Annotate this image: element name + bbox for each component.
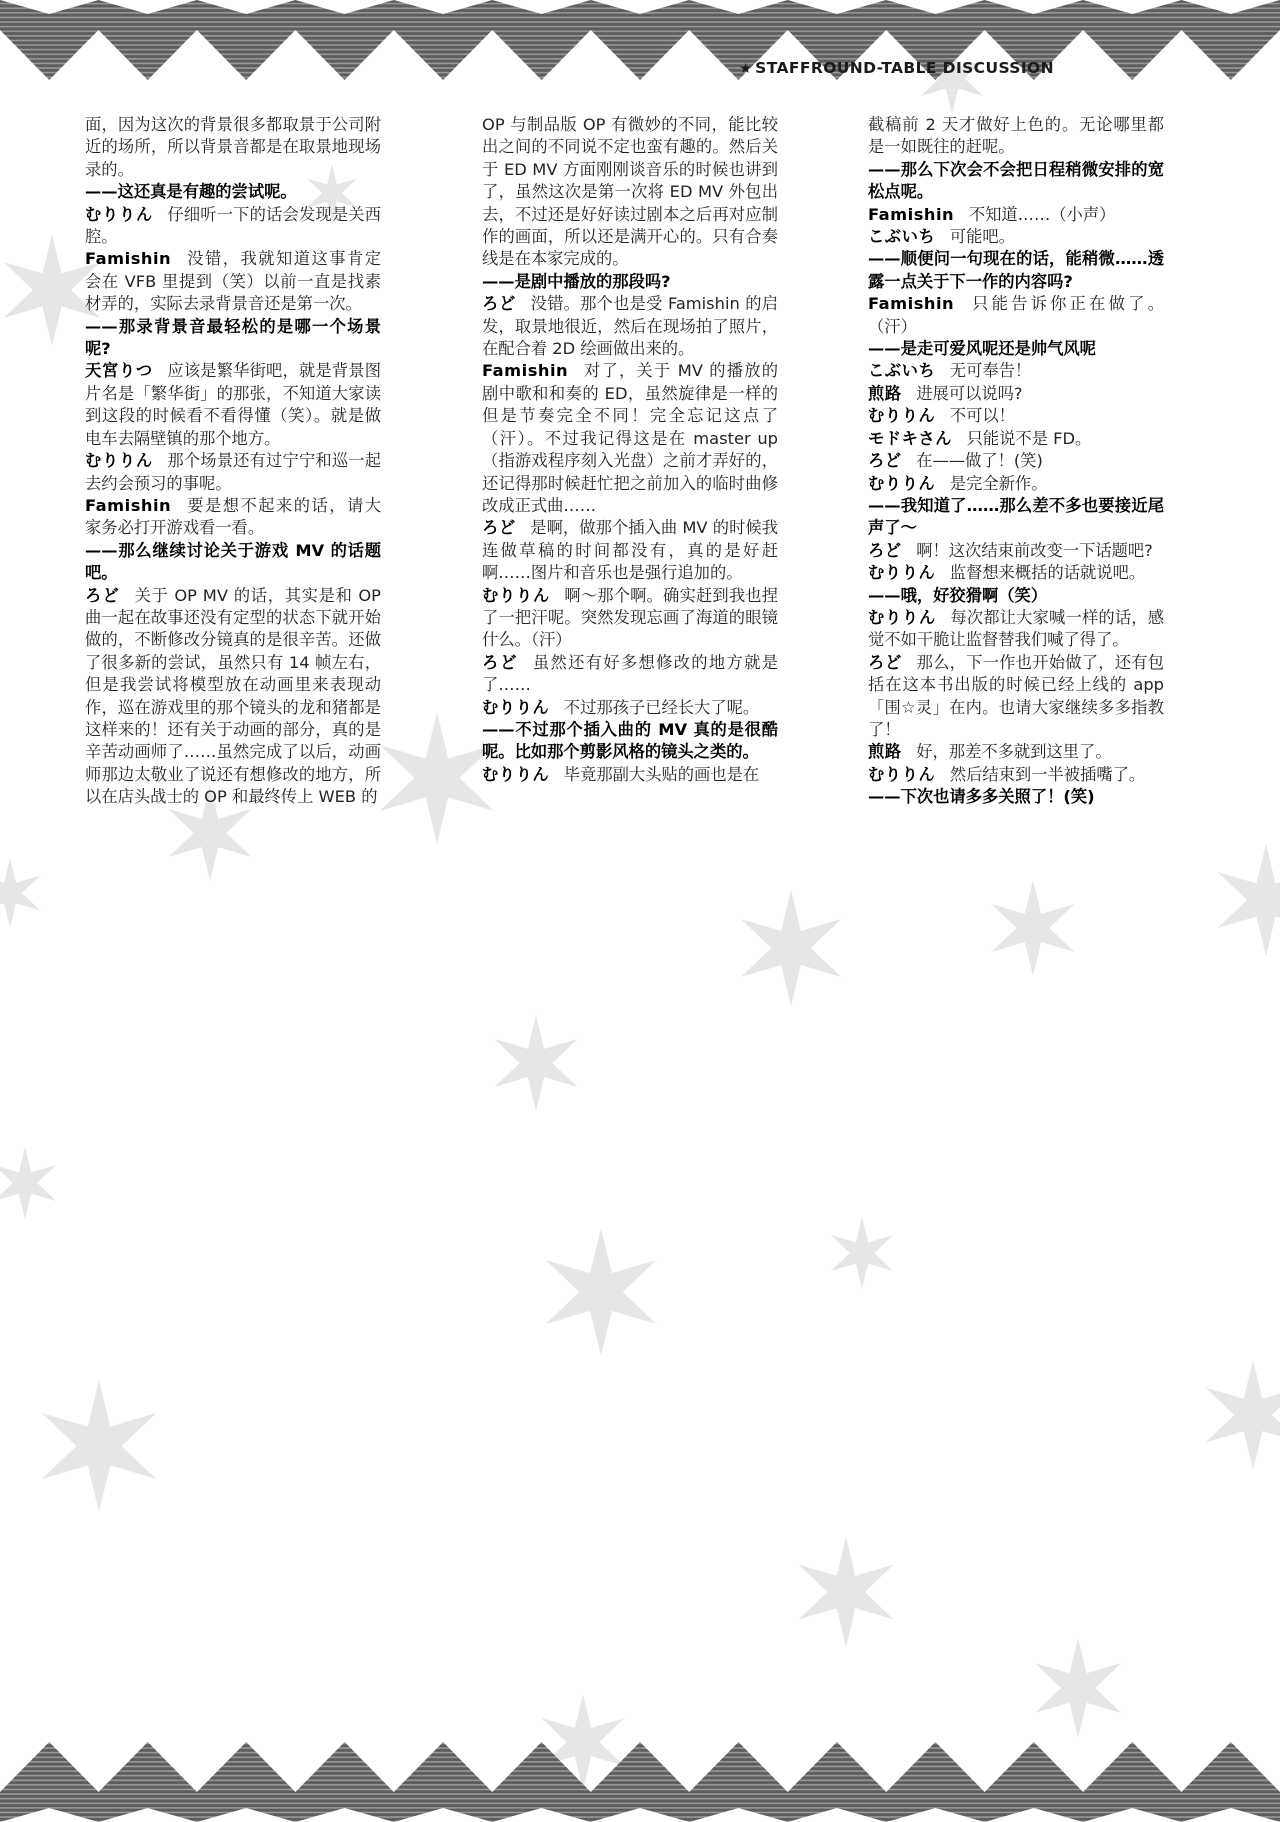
text-column-3: 截稿前 2 天才做好上色的。无论哪里都是一如既往的赶呢。——那么下次会不会把日程… — [868, 114, 1164, 809]
dialogue-paragraph: むりりん不可以！ — [868, 405, 1164, 427]
dialogue-text: 不可以！ — [950, 406, 1015, 425]
dialogue-text: 啊！这次结束前改变一下话题吧? — [916, 541, 1153, 560]
dialogue-text: 不过那孩子已经长大了呢。 — [564, 698, 759, 717]
dialogue-paragraph: ろど没错。那个也是受 Famishin 的启发，取景地很近，然后在现场拍了照片，… — [482, 293, 778, 360]
dialogue-paragraph: こぶいち无可奉告！ — [868, 360, 1164, 382]
speaker-name: ろど — [482, 653, 518, 672]
dialogue-paragraph: Famishin对了，关于 MV 的播放的剧中歌和和奏的 ED，虽然旋律是一样的… — [482, 360, 778, 517]
dialogue-text: 进展可以说吗? — [916, 384, 1022, 403]
speaker-name: Famishin — [868, 205, 954, 224]
speaker-name: むりりん — [868, 474, 935, 493]
dialogue-paragraph: ろど虽然还有好多想修改的地方就是了…… — [482, 652, 778, 697]
dialogue-text: 关于 OP MV 的话，其实是和 OP 曲一起在故事还没有定型的状态下就开始做的… — [85, 586, 381, 807]
moderator-line: ——顺便问一句现在的话，能稍微……透露一点关于下一作的内容吗? — [868, 248, 1164, 293]
dialogue-paragraph: むりりん那个场景还有过宁宁和巡一起去约会预习的事呢。 — [85, 450, 381, 495]
dialogue-text: 不知道……（小声） — [969, 205, 1116, 224]
speaker-name: ろど — [868, 541, 902, 560]
text-column-2: OP 与制品版 OP 有微妙的不同，能比较出之间的不同说不定也蛮有趣的。然后关于… — [482, 114, 778, 786]
speaker-name: むりりん — [868, 406, 935, 425]
dialogue-paragraph: 天宮りつ应该是繁华街吧，就是背景图片名是「繁华街」的那张，不知道大家读到这段的时… — [85, 360, 381, 450]
moderator-line: ——下次也请多多关照了！(笑) — [868, 786, 1164, 808]
moderator-line: ——那么下次会不会把日程稍微安排的宽松点呢。 — [868, 159, 1164, 204]
dialogue-paragraph: むりりん不过那孩子已经长大了呢。 — [482, 697, 778, 719]
dialogue-text: 毕竟那副大头贴的画也是在 — [564, 765, 759, 784]
speaker-name: むりりん — [868, 608, 936, 627]
top-zigzag-border — [0, 0, 1280, 80]
speaker-name: むりりん — [482, 586, 550, 605]
speaker-name: ろど — [868, 653, 902, 672]
speaker-name: モドキさん — [868, 429, 952, 448]
speaker-name: ろど — [85, 586, 120, 605]
moderator-line: ——我知道了……那么差不多也要接近尾声了～ — [868, 495, 1164, 540]
dialogue-paragraph: むりりん监督想来概括的话就说吧。 — [868, 562, 1164, 584]
speaker-name: Famishin — [85, 249, 171, 268]
dialogue-paragraph: 煎路进展可以说吗? — [868, 383, 1164, 405]
dialogue-text: 可能吧。 — [950, 227, 1015, 246]
speaker-name: ろど — [482, 294, 516, 313]
dialogue-text: 在——做了！(笑) — [916, 451, 1043, 470]
speaker-name: ろど — [482, 518, 516, 537]
speaker-name: むりりん — [85, 205, 153, 224]
speaker-name: こぶいち — [868, 227, 935, 246]
dialogue-text: 是啊，做那个插入曲 MV 的时候我连做草稿的时间都没有，真的是好赶啊……图片和音… — [482, 518, 778, 582]
dialogue-paragraph: ろど在——做了！(笑) — [868, 450, 1164, 472]
page-header-title: STAFFROUND-TABLE DISCUSSION — [755, 59, 1054, 77]
dialogue-paragraph: むりりん毕竟那副大头贴的画也是在 — [482, 764, 778, 786]
speaker-name: むりりん — [482, 698, 549, 717]
moderator-line: ——是剧中播放的那段吗? — [482, 271, 778, 293]
page-header: ★STAFFROUND-TABLE DISCUSSION — [739, 59, 1054, 77]
dialogue-paragraph: むりりん每次都让大家喊一样的话，感觉不如干脆让监督替我们喊了得了。 — [868, 607, 1164, 652]
dialogue-paragraph: モドキさん只能说不是 FD。 — [868, 428, 1164, 450]
dialogue-paragraph: ろど啊！这次结束前改变一下话题吧? — [868, 540, 1164, 562]
continuation-paragraph: 截稿前 2 天才做好上色的。无论哪里都是一如既往的赶呢。 — [868, 114, 1164, 159]
dialogue-text: 然后结束到一半被插嘴了。 — [950, 765, 1145, 784]
speaker-name: むりりん — [85, 451, 153, 470]
speaker-name: むりりん — [868, 563, 935, 582]
dialogue-paragraph: Famishin要是想不起来的话，请大家务必打开游戏看一看。 — [85, 495, 381, 540]
speaker-name: むりりん — [868, 765, 935, 784]
dialogue-text: 监督想来概括的话就说吧。 — [950, 563, 1145, 582]
star-icon: ★ — [739, 61, 752, 77]
dialogue-text: 对了，关于 MV 的播放的剧中歌和和奏的 ED，虽然旋律是一样的但是节奏完全不同… — [482, 361, 778, 514]
dialogue-text: 虽然还有好多想修改的地方就是了…… — [482, 653, 778, 694]
dialogue-text: 只能说不是 FD。 — [967, 429, 1092, 448]
magazine-page: ★STAFFROUND-TABLE DISCUSSION 面，因为这次的背景很多… — [0, 0, 1280, 1822]
speaker-name: 天宮りつ — [85, 361, 153, 380]
moderator-line: ——哦，好狡猾啊（笑） — [868, 585, 1164, 607]
moderator-line: ——是走可爱风呢还是帅气风呢 — [868, 338, 1164, 360]
dialogue-text: 无可奉告！ — [950, 361, 1031, 380]
bottom-zigzag-border — [0, 1726, 1280, 1822]
moderator-line: ——那么继续讨论关于游戏 MV 的话题吧。 — [85, 540, 381, 585]
moderator-line: ——不过那个插入曲的 MV 真的是很酷呢。比如那个剪影风格的镜头之类的。 — [482, 719, 778, 764]
article-columns: 面，因为这次的背景很多都取景于公司附近的场所，所以背景音都是在取景地现场录的。—… — [0, 0, 1280, 1822]
dialogue-paragraph: Famishin不知道……（小声） — [868, 204, 1164, 226]
speaker-name: 煎路 — [868, 742, 902, 761]
speaker-name: こぶいち — [868, 361, 935, 380]
dialogue-paragraph: むりりん然后结束到一半被插嘴了。 — [868, 764, 1164, 786]
dialogue-paragraph: ろど那么，下一作也开始做了，还有包括在这本书出版的时候已经上线的 app「围☆灵… — [868, 652, 1164, 742]
moderator-line: ——那录背景音最轻松的是哪一个场景呢? — [85, 316, 381, 361]
text-column-1: 面，因为这次的背景很多都取景于公司附近的场所，所以背景音都是在取景地现场录的。—… — [85, 114, 381, 809]
dialogue-paragraph: 煎路好，那差不多就到这里了。 — [868, 741, 1164, 763]
dialogue-paragraph: ろど是啊，做那个插入曲 MV 的时候我连做草稿的时间都没有，真的是好赶啊……图片… — [482, 517, 778, 584]
dialogue-paragraph: ろど关于 OP MV 的话，其实是和 OP 曲一起在故事还没有定型的状态下就开始… — [85, 585, 381, 809]
dialogue-paragraph: こぶいち可能吧。 — [868, 226, 1164, 248]
speaker-name: Famishin — [868, 294, 954, 313]
dialogue-paragraph: Famishin只能告诉你正在做了。（汗） — [868, 293, 1164, 338]
speaker-name: 煎路 — [868, 384, 902, 403]
speaker-name: Famishin — [482, 361, 568, 380]
speaker-name: Famishin — [85, 496, 171, 515]
speaker-name: ろど — [868, 451, 902, 470]
dialogue-text: 那么，下一作也开始做了，还有包括在这本书出版的时候已经上线的 app「围☆灵」在… — [868, 653, 1164, 739]
dialogue-text: 没错。那个也是受 Famishin 的启发，取景地很近，然后在现场拍了照片，在配… — [482, 294, 778, 358]
dialogue-paragraph: むりりん是完全新作。 — [868, 473, 1164, 495]
continuation-paragraph: OP 与制品版 OP 有微妙的不同，能比较出之间的不同说不定也蛮有趣的。然后关于… — [482, 114, 778, 271]
dialogue-paragraph: Famishin没错，我就知道这事肯定会在 VFB 里提到（笑）以前一直是找素材… — [85, 248, 381, 315]
moderator-line: ——这还真是有趣的尝试呢。 — [85, 181, 381, 203]
continuation-paragraph: 面，因为这次的背景很多都取景于公司附近的场所，所以背景音都是在取景地现场录的。 — [85, 114, 381, 181]
dialogue-paragraph: むりりん啊～那个啊。确实赶到我也捏了一把汗呢。突然发现忘画了海道的眼镜什么。（汗… — [482, 585, 778, 652]
speaker-name: むりりん — [482, 765, 549, 784]
dialogue-text: 是完全新作。 — [950, 474, 1048, 493]
dialogue-paragraph: むりりん仔细听一下的话会发现是关西腔。 — [85, 204, 381, 249]
dialogue-text: 好，那差不多就到这里了。 — [916, 742, 1111, 761]
